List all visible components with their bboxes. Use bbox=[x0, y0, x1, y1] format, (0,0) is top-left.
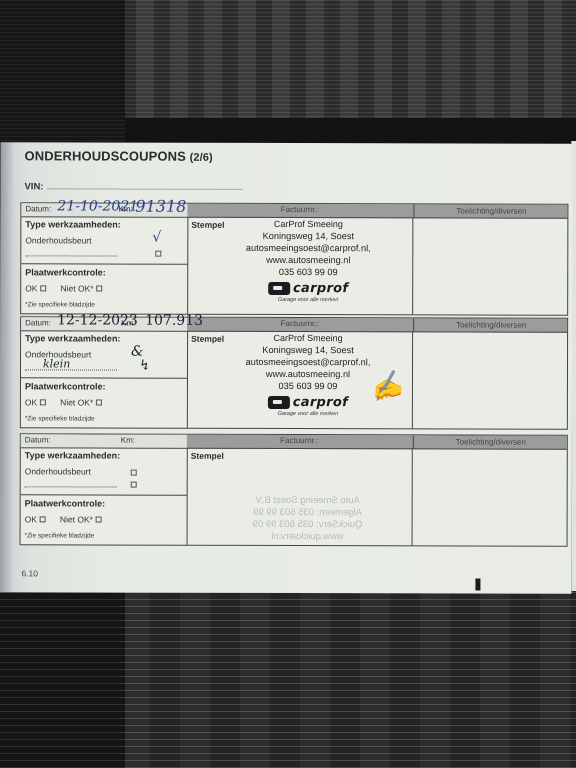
ok-checkbox[interactable] bbox=[40, 516, 46, 522]
background-ledge bbox=[125, 118, 576, 145]
garage-stamp: CarProf Smeeing Koningsweg 14, Soest aut… bbox=[218, 218, 398, 306]
page-number: 6.10 bbox=[21, 568, 38, 578]
handwritten-signature: ✍ bbox=[367, 369, 406, 406]
other-work-checkbox[interactable] bbox=[131, 482, 137, 488]
footnote: *Zie specifieke bladzijde bbox=[25, 415, 95, 422]
work-type-heading: Type werkzaamheden: bbox=[25, 219, 120, 229]
ok-option[interactable]: OK bbox=[25, 397, 46, 407]
page-shadow bbox=[0, 142, 15, 592]
coupon-2: Datum: 12-12-2023 Km: 107.913 Factuurnr.… bbox=[20, 316, 568, 429]
toelichting-label: Toelichting/diversen bbox=[413, 435, 568, 448]
stamp-garage-name: CarProf Smeeing bbox=[218, 332, 398, 344]
work-type-heading: Type werkzaamheden: bbox=[25, 333, 120, 343]
coupon-header: Datum: 12-12-2023 Km: 107.913 Factuurnr.… bbox=[21, 317, 567, 332]
km-value: 91318 bbox=[135, 197, 186, 216]
carprof-logo-text: carprof bbox=[293, 283, 348, 295]
stamp-address: Koningsweg 14, Soest bbox=[218, 344, 398, 356]
other-work-checkbox[interactable] bbox=[155, 251, 161, 257]
other-work-blank-line bbox=[25, 486, 117, 487]
carprof-logo-icon bbox=[268, 396, 290, 409]
km-label: Km: bbox=[121, 436, 135, 445]
coupon-work-type: Type werkzaamheden: Onderhoudsbeurt √ Pl… bbox=[21, 217, 188, 313]
stamp-email: autosmeeingsoest@carprof.nl, bbox=[218, 356, 398, 368]
km-label: Km: bbox=[121, 319, 135, 328]
plaatwerk-heading: Plaatwerkcontrole: bbox=[25, 498, 106, 508]
work-type-heading: Type werkzaamheden: bbox=[25, 450, 120, 460]
coupon-work-type: Type werkzaamheden: Onderhoudsbeurt & kl… bbox=[21, 331, 188, 427]
ghost-stamp-line: www.quickserv.nl bbox=[218, 531, 398, 543]
toelichting-label: Toelichting/diversen bbox=[413, 204, 568, 217]
coupon-header-date-km: Datum: 12-12-2023 Km: 107.913 bbox=[21, 317, 187, 330]
stamp-email: autosmeeingsoest@carprof.nl, bbox=[218, 242, 398, 254]
work-type-block: Type werkzaamheden: Onderhoudsbeurt √ bbox=[21, 217, 187, 264]
ghost-stamp-line: Auto Smeeing Soest B.V bbox=[218, 495, 398, 507]
bleed-through-stamp: Auto Smeeing Soest B.V Algemeen: 035 603… bbox=[218, 495, 398, 543]
niet-ok-checkbox[interactable] bbox=[97, 286, 103, 292]
stamp-garage-name: CarProf Smeeing bbox=[218, 218, 398, 230]
factuurnr-label: Factuurnr.: bbox=[187, 205, 412, 215]
work-type-block: Type werkzaamheden: Onderhoudsbeurt bbox=[21, 448, 187, 495]
coupon-header: Datum: 21-10-2021 Km: 91318 Factuurnr.: … bbox=[21, 203, 567, 218]
onderhoudsbeurt-checkbox[interactable] bbox=[131, 470, 137, 476]
ok-label: OK bbox=[25, 397, 37, 407]
onderhoudsbeurt-label: Onderhoudsbeurt bbox=[25, 235, 91, 245]
other-work-check-mark: ↯ bbox=[139, 358, 151, 374]
coupon-1: Datum: 21-10-2021 Km: 91318 Factuurnr.: … bbox=[20, 202, 568, 315]
stamp-phone: 035 603 99 09 bbox=[218, 266, 398, 278]
title-page-count: (2/6) bbox=[190, 152, 213, 164]
coupon-work-type: Type werkzaamheden: Onderhoudsbeurt Plaa… bbox=[21, 448, 188, 544]
niet-ok-label: Niet OK* bbox=[60, 283, 93, 293]
ok-label: OK bbox=[25, 514, 37, 524]
title-text: ONDERHOUDSCOUPONS bbox=[25, 148, 186, 163]
page-tab-marker bbox=[475, 578, 480, 590]
carprof-tagline: Garage voor alle merken bbox=[218, 408, 398, 420]
coupon-notes-area bbox=[413, 449, 567, 545]
ok-label: OK bbox=[25, 283, 37, 293]
niet-ok-checkbox[interactable] bbox=[96, 517, 102, 523]
carprof-logo-icon bbox=[268, 282, 290, 295]
background-shadow-bottom-left bbox=[0, 590, 125, 768]
coupon-3: Datum: Km: Factuurnr.: Toelichting/diver… bbox=[20, 433, 568, 546]
background-shadow-left bbox=[0, 0, 125, 145]
coupon-stamp-area: Stempel CarProf Smeeing Koningsweg 14, S… bbox=[188, 218, 413, 315]
ghost-stamp-line: Algemeen: 035 603 99 99 bbox=[218, 507, 398, 519]
datum-label: Datum: bbox=[25, 204, 51, 213]
coupon-header: Datum: Km: Factuurnr.: Toelichting/diver… bbox=[21, 434, 567, 449]
datum-label: Datum: bbox=[25, 318, 51, 327]
other-work-blank-line bbox=[25, 369, 117, 370]
other-work-blank-line bbox=[25, 255, 117, 256]
ok-checkbox[interactable] bbox=[40, 399, 46, 405]
coupon-header-date-km: Datum: 21-10-2021 Km: 91318 bbox=[21, 203, 187, 216]
coupon-notes-area bbox=[413, 332, 567, 428]
stamp-website: www.autosmeeing.nl bbox=[218, 254, 398, 266]
onderhoudsbeurt-check-mark: √ bbox=[152, 230, 161, 246]
plaatwerk-options: OK Niet OK* bbox=[25, 283, 102, 293]
ok-checkbox[interactable] bbox=[40, 285, 46, 291]
carprof-logo-text: carprof bbox=[293, 397, 348, 409]
niet-ok-label: Niet OK* bbox=[60, 514, 93, 524]
ok-option[interactable]: OK bbox=[25, 283, 46, 293]
stempel-label: Stempel bbox=[191, 451, 224, 461]
plaatwerk-heading: Plaatwerkcontrole: bbox=[25, 381, 106, 391]
niet-ok-option[interactable]: Niet OK* bbox=[60, 514, 102, 524]
coupon-stamp-area: Stempel Auto Smeeing Soest B.V Algemeen:… bbox=[188, 449, 413, 546]
niet-ok-checkbox[interactable] bbox=[96, 400, 102, 406]
footnote: *Zie specifieke bladzijde bbox=[25, 532, 95, 539]
vin-blank-line bbox=[47, 180, 242, 190]
plaatwerk-options: OK Niet OK* bbox=[25, 514, 102, 524]
carprof-tagline: Garage voor alle merken bbox=[218, 294, 398, 306]
plaatwerk-heading: Plaatwerkcontrole: bbox=[25, 267, 106, 277]
coupon-notes-area bbox=[413, 218, 567, 314]
page-title: ONDERHOUDSCOUPONS (2/6) bbox=[25, 148, 213, 163]
vin-label: VIN: bbox=[24, 181, 43, 192]
factuurnr-label: Factuurnr.: bbox=[187, 436, 412, 446]
ghost-stamp-line: QuickServ: 035 603 99 09 bbox=[218, 519, 398, 531]
onderhoudsbeurt-label: Onderhoudsbeurt bbox=[25, 466, 91, 476]
km-label: Km: bbox=[118, 205, 132, 214]
coupon-header-date-km: Datum: Km: bbox=[21, 434, 187, 447]
service-booklet-page: ONDERHOUDSCOUPONS (2/6) VIN: Datum: 21-1… bbox=[0, 142, 573, 593]
niet-ok-option[interactable]: Niet OK* bbox=[60, 397, 102, 407]
vin-field: VIN: bbox=[24, 180, 242, 193]
datum-label: Datum: bbox=[25, 435, 51, 444]
footnote: *Zie specifieke bladzijde bbox=[25, 301, 95, 308]
plaatwerk-options: OK Niet OK* bbox=[25, 397, 102, 407]
work-type-block: Type werkzaamheden: Onderhoudsbeurt & kl… bbox=[21, 331, 187, 378]
coupon-stamp-area: Stempel CarProf Smeeing Koningsweg 14, S… bbox=[188, 332, 413, 429]
niet-ok-option[interactable]: Niet OK* bbox=[60, 283, 102, 293]
niet-ok-label: Niet OK* bbox=[60, 397, 93, 407]
toelichting-label: Toelichting/diversen bbox=[413, 318, 568, 331]
ok-option[interactable]: OK bbox=[25, 514, 46, 524]
factuurnr-label: Factuurnr.: bbox=[187, 319, 412, 329]
stamp-address: Koningsweg 14, Soest bbox=[218, 230, 398, 242]
